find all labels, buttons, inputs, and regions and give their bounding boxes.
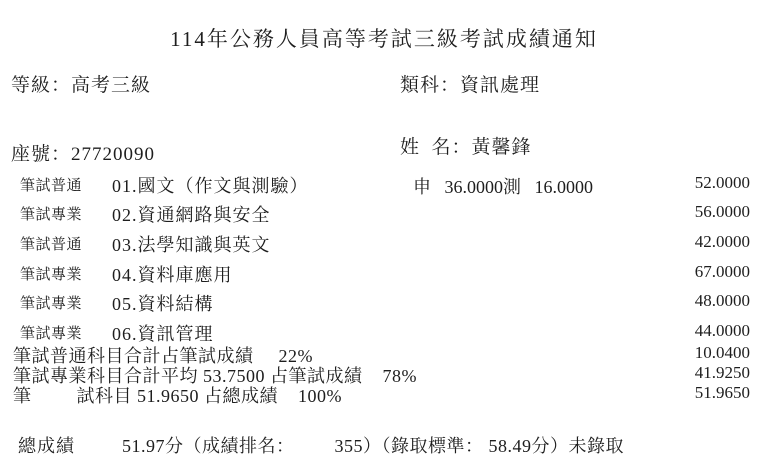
row-subject: 02.資通網路與安全 [112, 201, 271, 227]
score-row: 筆試專業 04.資料庫應用 67.0000 [0, 261, 768, 287]
row-score-value: 56.0000 [695, 202, 750, 222]
row-score-value: 44.0000 [695, 321, 750, 341]
score-row: 筆試普通 01.國文（作文與測驗） 申 36.0000測 16.0000 52.… [0, 172, 768, 198]
row-score-value: 67.0000 [695, 262, 750, 282]
total-score-label: 總成績 [18, 432, 75, 458]
candidate-name-value: 黃馨鋒 [472, 137, 532, 158]
total-score-value: 51.97分（成績排名： 355）（錄取標準： 58.49分）未錄取 [122, 432, 624, 458]
summary-row: 筆試普通科目合計占筆試成績 22% 10.0400 [0, 342, 768, 363]
row-group-label: 筆試專業 [20, 263, 82, 284]
score-row: 筆試普通 03.法學知識與英文 42.0000 [0, 231, 768, 257]
summary-row: 筆試專業科目合計平均 53.7500 占筆試成績 78% 41.9250 [0, 362, 768, 383]
category-field: 類科：資訊處理 [400, 70, 540, 97]
candidate-name-label: 姓 名： [400, 137, 472, 158]
summary-score: 10.0400 [695, 343, 750, 363]
row-subject: 05.資料結構 [112, 290, 214, 316]
seat-number-label: 座號： [11, 144, 71, 165]
row-score-value: 48.0000 [695, 291, 750, 311]
summary-score: 51.9650 [695, 383, 750, 403]
row-group-label: 筆試普通 [20, 174, 82, 195]
row-group-label: 筆試普通 [20, 233, 82, 254]
row-group-label: 筆試專業 [20, 292, 82, 313]
candidate-name-field: 姓 名：黃馨鋒 [400, 132, 532, 159]
score-row: 筆試專業 02.資通網路與安全 56.0000 [0, 201, 768, 227]
row-subject: 01.國文（作文與測驗） [112, 172, 309, 198]
category-value: 資訊處理 [460, 75, 540, 96]
seat-number-field: 座號：27720090 [11, 139, 155, 166]
summary-text: 筆 試科目 51.9650 占總成績 100% [13, 382, 342, 408]
row-subject: 04.資料庫應用 [112, 261, 233, 287]
summary-row: 筆 試科目 51.9650 占總成績 100% 51.9650 [0, 382, 768, 403]
grade-value: 高考三級 [71, 75, 151, 96]
seat-number-value: 27720090 [71, 144, 155, 165]
exam-score-notice-document: 114年公務人員高等考試三級考試成績通知 等級：高考三級 類科：資訊處理 座號：… [0, 0, 768, 473]
category-label: 類科： [400, 75, 460, 96]
score-row: 筆試專業 05.資料結構 48.0000 [0, 290, 768, 316]
document-title: 114年公務人員高等考試三級考試成績通知 [0, 23, 768, 53]
row-score-value: 52.0000 [695, 173, 750, 193]
grade-field: 等級：高考三級 [11, 70, 151, 97]
row-score-detail: 申 36.0000測 16.0000 [413, 173, 593, 199]
row-group-label: 筆試專業 [20, 203, 82, 224]
grade-label: 等級： [11, 75, 71, 96]
row-score-value: 42.0000 [695, 232, 750, 252]
row-subject: 03.法學知識與英文 [112, 231, 271, 257]
summary-score: 41.9250 [695, 363, 750, 383]
row-group-label: 筆試專業 [20, 322, 82, 343]
